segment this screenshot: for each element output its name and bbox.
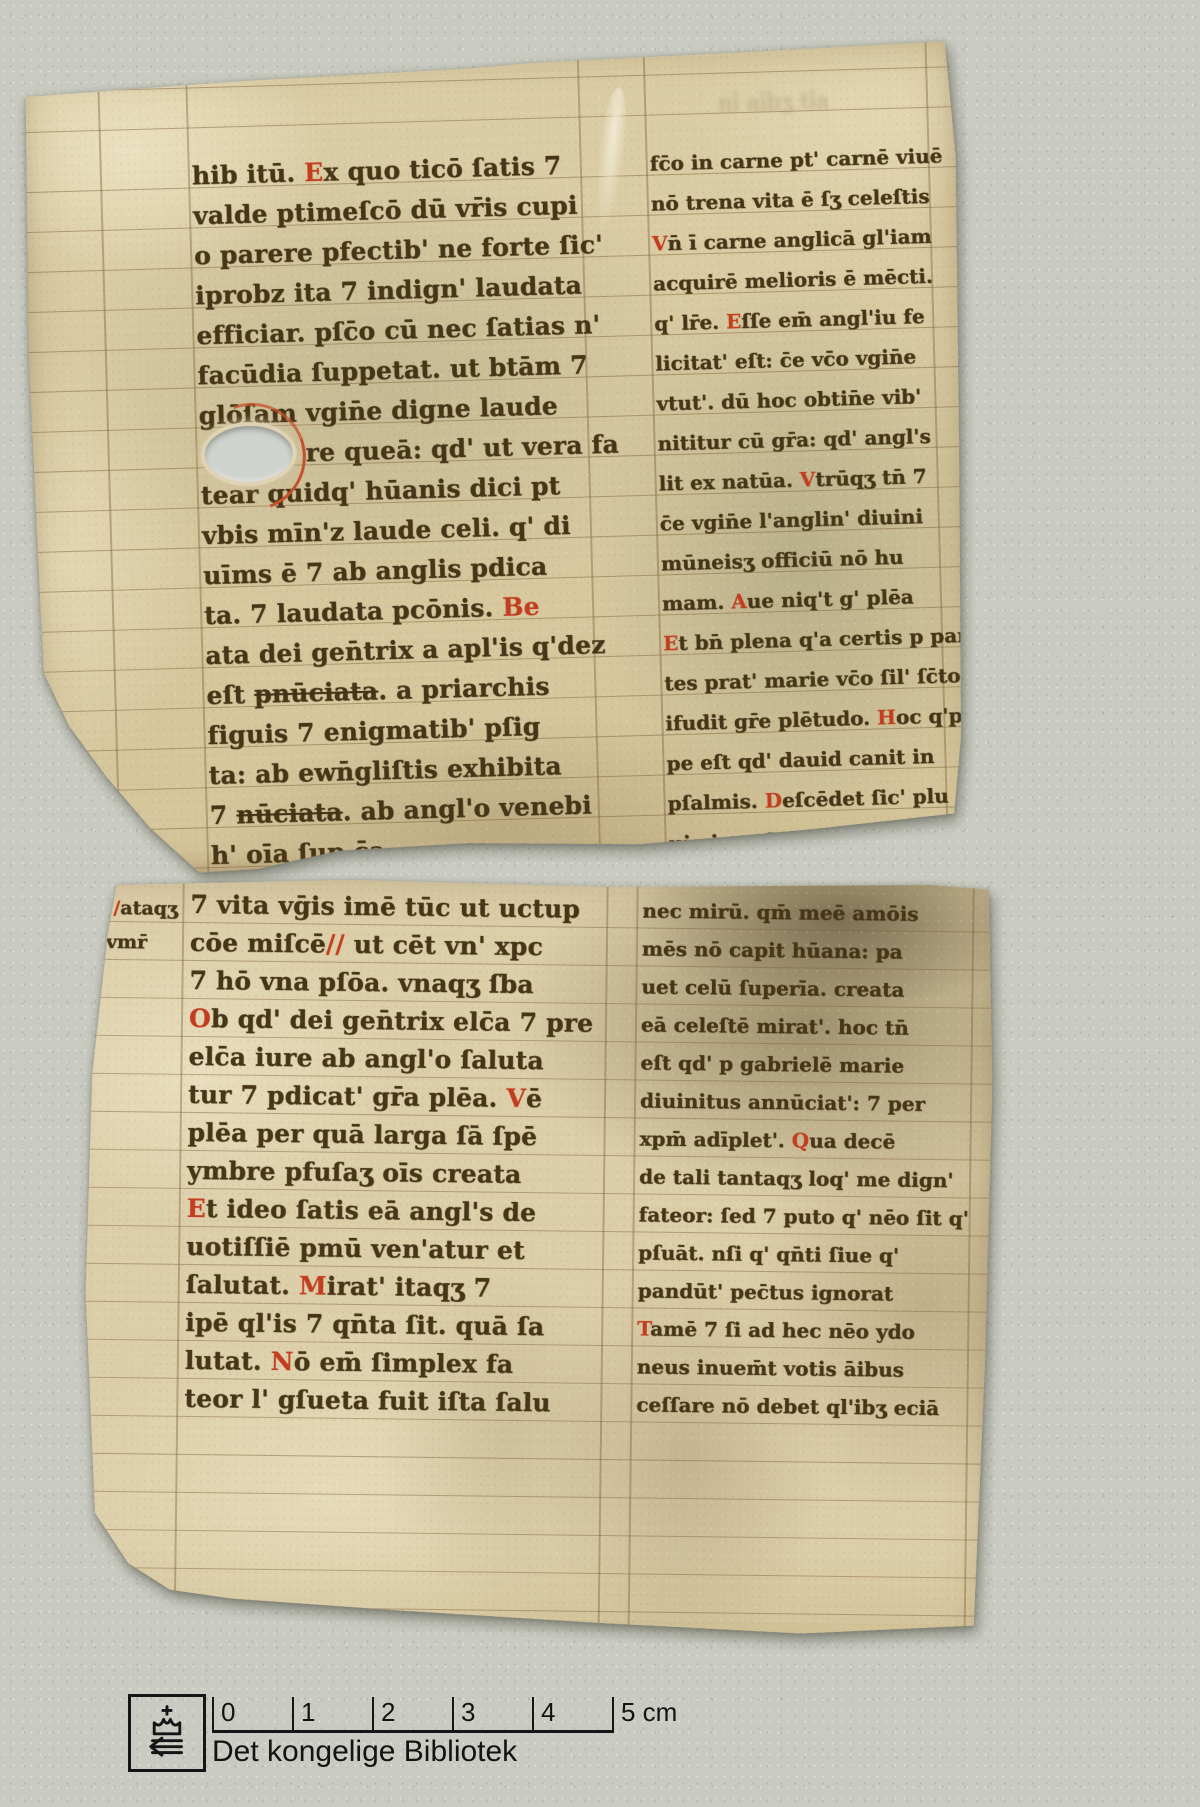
library-logo-box [128,1694,206,1772]
scale-bar-line [212,1697,614,1733]
library-name: Det kongelige Bibliotek [212,1735,517,1769]
fragment-lower-parchment: //ataqʒvmr̄ 7 vita vḡis imē tūc ut uctup… [41,872,999,1668]
edge-shading [41,872,999,1668]
scale-tick-5: 5 cm [612,1697,677,1730]
scale-bar: 0 1 2 3 4 5 cm [212,1697,682,1730]
scale-end-label: 5 cm [621,1697,677,1727]
crown-over-waves-icon [138,1704,196,1762]
edge-shading [17,37,980,883]
fragment-lower: //ataqʒvmr̄ 7 vita vḡis imē tūc ut uctup… [41,872,999,1668]
fragment-upper-parchment: nĩ aĩbʒ tĩa hib itū. Ex quo ticō ſatis 7… [17,37,980,883]
manuscript-photo: nĩ aĩbʒ tĩa hib itū. Ex quo ticō ſatis 7… [0,0,1200,1807]
fragment-upper: nĩ aĩbʒ tĩa hib itū. Ex quo ticō ſatis 7… [17,37,980,883]
